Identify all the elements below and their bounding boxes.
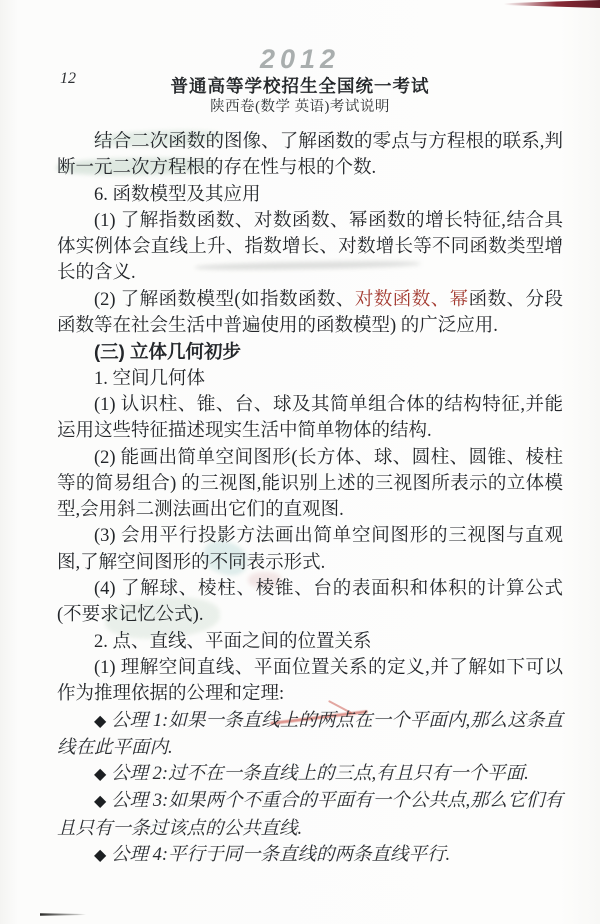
paragraph-6-1-growth-features: (1) 了解指数函数、对数函数、幂函数的增长特征,结合具体实例体会直线上升、指数… bbox=[57, 208, 563, 287]
axiom-1-text: 公理 1:如果一条直线上的两点在一个平面内,那么这条直线在此平面内. bbox=[57, 711, 563, 758]
axiom-2: ◆ 公理 2:过不在一条直线上的三点,有且只有一个平面. bbox=[57, 761, 563, 788]
ghost-year-imprint: 2012 bbox=[0, 44, 600, 75]
item-6-function-models: 6. 函数模型及其应用 bbox=[57, 182, 563, 208]
scan-streak-artifact bbox=[40, 913, 86, 916]
axiom-1: ◆ 公理 1:如果一条直线上的两点在一个平面内,那么这条直线在此平面内. bbox=[57, 708, 563, 762]
paragraph-2-1-position-relations: (1) 理解空间直线、平面位置关系的定义,并了解如下可以作为推理依据的公理和定理… bbox=[57, 655, 563, 708]
axiom-3: ◆ 公理 3:如果两个不重合的平面有一个公共点,那么它们有且只有一条过该点的公共… bbox=[57, 788, 563, 842]
paragraph-1-4-surface-area-volume: (4) 了解球、棱柱、棱锥、台的表面积和体积的计算公式(不要求记忆公式). bbox=[57, 576, 563, 629]
text-segment: (2) 了解函数模型(如指数函数、 bbox=[94, 290, 355, 310]
axiom-3-text: 公理 3:如果两个不重合的平面有一个公共点,那么它们有且只有一条过该点的公共直线… bbox=[57, 791, 563, 838]
paragraph-quadratic-functions: 结合二次函数的图像、了解函数的零点与方程根的联系,判断一元二次方程根的存在性与根… bbox=[57, 129, 563, 182]
paragraph-1-1-structures: (1) 认识柱、锥、台、球及其简单组合体的结构特征,并能运用这些特征描述现实生活… bbox=[57, 392, 563, 445]
scanned-document-page: 2012 12 普通高等学校招生全国统一考试 陕西卷(数学 英语)考试说明 结合… bbox=[0, 0, 600, 924]
diamond-bullet-icon: ◆ bbox=[94, 766, 106, 783]
book-cover-edge-artifact bbox=[504, 0, 600, 8]
diamond-bullet-icon: ◆ bbox=[94, 793, 106, 810]
paragraph-1-3-parallel-projection: (3) 会用平行投影方法画出简单空间图形的三视图与直观图,了解空间图形的不同表示… bbox=[57, 523, 563, 576]
red-tinted-text-segment: 对数函数、幂 bbox=[355, 290, 469, 310]
section-heading-solid-geometry: (三) 立体几何初步 bbox=[57, 339, 563, 365]
diamond-bullet-icon: ◆ bbox=[94, 713, 106, 730]
doc-subtitle: 陕西卷(数学 英语)考试说明 bbox=[0, 95, 600, 116]
diamond-bullet-icon: ◆ bbox=[94, 847, 106, 864]
paragraph-6-2-function-models: (2) 了解函数模型(如指数函数、对数函数、幂函数、分段函数等在社会生活中普遍使… bbox=[57, 287, 563, 340]
page-body-text: 结合二次函数的图像、了解函数的零点与方程根的联系,判断一元二次方程根的存在性与根… bbox=[57, 129, 563, 869]
axiom-4-text: 公理 4:平行于同一条直线的两条直线平行. bbox=[111, 845, 450, 865]
axiom-4: ◆ 公理 4:平行于同一条直线的两条直线平行. bbox=[57, 842, 563, 869]
item-1-spatial-solids: 1. 空间几何体 bbox=[57, 366, 563, 392]
paragraph-1-2-three-views: (2) 能画出简单空间图形(长方体、球、圆柱、圆锥、棱柱等的简易组合) 的三视图… bbox=[57, 445, 563, 524]
axiom-2-text: 公理 2:过不在一条直线上的三点,有且只有一个平面. bbox=[111, 764, 529, 784]
item-2-point-line-plane: 2. 点、直线、平面之间的位置关系 bbox=[57, 629, 563, 655]
